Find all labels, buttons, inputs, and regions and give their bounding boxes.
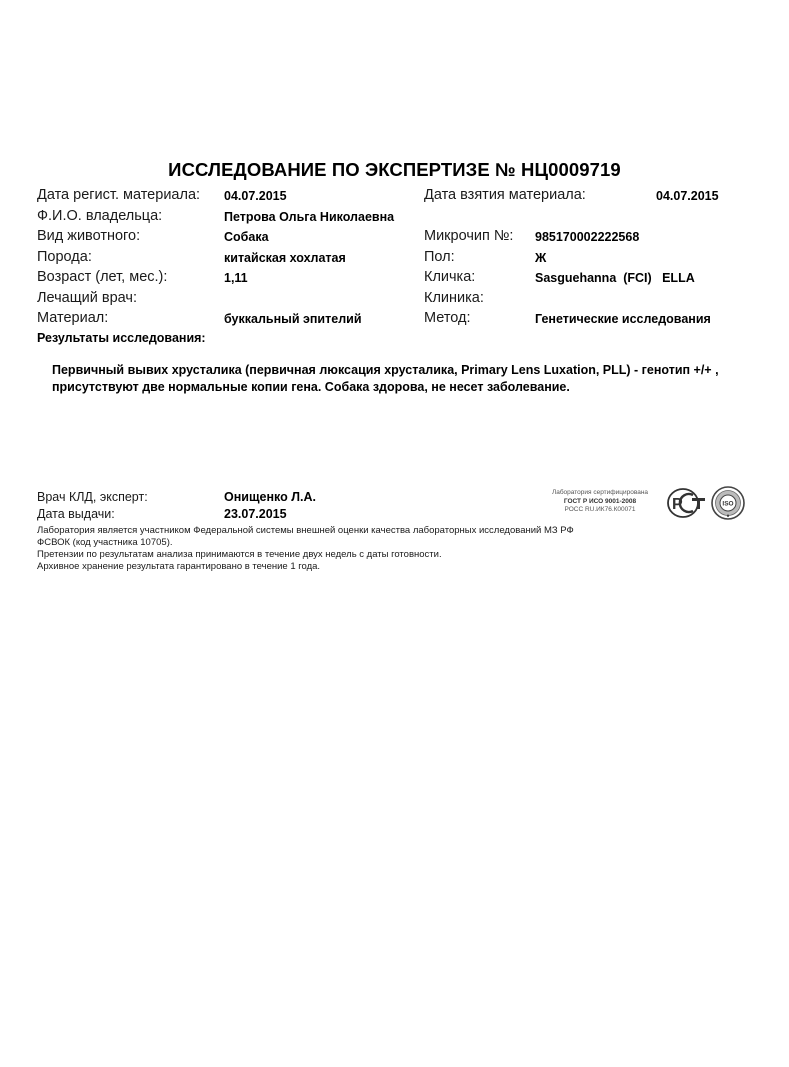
results-header: Результаты исследования: [37,331,206,345]
field-label-registration-date: Дата регист. материала: [37,187,200,203]
field-label-attending-vet: Лечащий врач: [37,290,137,306]
results-text: Первичный вывих хрусталика (первичная лю… [52,362,752,395]
certification-line: Лаборатория сертифицирована [538,489,662,498]
issue-date-label: Дата выдачи: [37,507,115,521]
footer-note: Лаборатория является участником Федераль… [37,525,574,537]
field-value-name: Sasguehanna (FCI) ELLA [535,271,695,285]
expert-value: Онищенко Л.А. [224,490,316,504]
field-value-microchip: 985170002222568 [535,230,639,244]
field-label-sex: Пол: [424,249,455,265]
field-label-owner: Ф.И.О. владельца: [37,208,162,224]
svg-text:ISO: ISO [722,501,733,508]
field-value-material: буккальный эпителий [224,312,362,326]
certification-text: Лаборатория сертифицирована ГОСТ Р ИСО 9… [538,489,662,515]
certification-number: РОСС RU.ИК76.К00071 [538,506,662,515]
results-line: Первичный вывих хрусталика (первичная лю… [52,362,752,379]
field-label-name: Кличка: [424,269,475,285]
footer-note: ФСВОК (код участника 10705). [37,537,173,549]
certification-standard: ГОСТ Р ИСО 9001-2008 [538,498,662,507]
expert-label: Врач КЛД, эксперт: [37,490,148,504]
field-value-sex: Ж [535,251,546,265]
footer-note: Архивное хранение результата гарантирова… [37,561,320,573]
field-label-breed: Порода: [37,249,92,265]
field-label-method: Метод: [424,310,471,326]
iso-logo-icon: ISO [710,486,746,520]
field-value-method: Генетические исследования [535,312,711,326]
field-value-animal-type: Собака [224,230,269,244]
field-label-animal-type: Вид животного: [37,228,140,244]
issue-date-value: 23.07.2015 [224,507,287,521]
results-line: присутствуют две нормальные копии гена. … [52,379,752,396]
document-title: ИССЛЕДОВАНИЕ ПО ЭКСПЕРТИЗЕ № НЦ0009719 [0,159,789,181]
field-value-sample-date: 04.07.2015 [656,189,719,203]
field-value-breed: китайская хохлатая [224,251,346,265]
field-label-clinic: Клиника: [424,290,484,306]
field-value-registration-date: 04.07.2015 [224,189,287,203]
footer-note: Претензии по результатам анализа принима… [37,549,442,561]
field-value-age: 1,11 [224,271,248,285]
field-label-age: Возраст (лет, мес.): [37,269,167,285]
rst-logo-icon: Р [667,487,707,519]
field-label-microchip: Микрочип №: [424,228,513,244]
field-label-material: Материал: [37,310,108,326]
field-label-sample-date: Дата взятия материала: [424,187,586,203]
field-value-owner: Петрова Ольга Николаевна [224,210,394,224]
